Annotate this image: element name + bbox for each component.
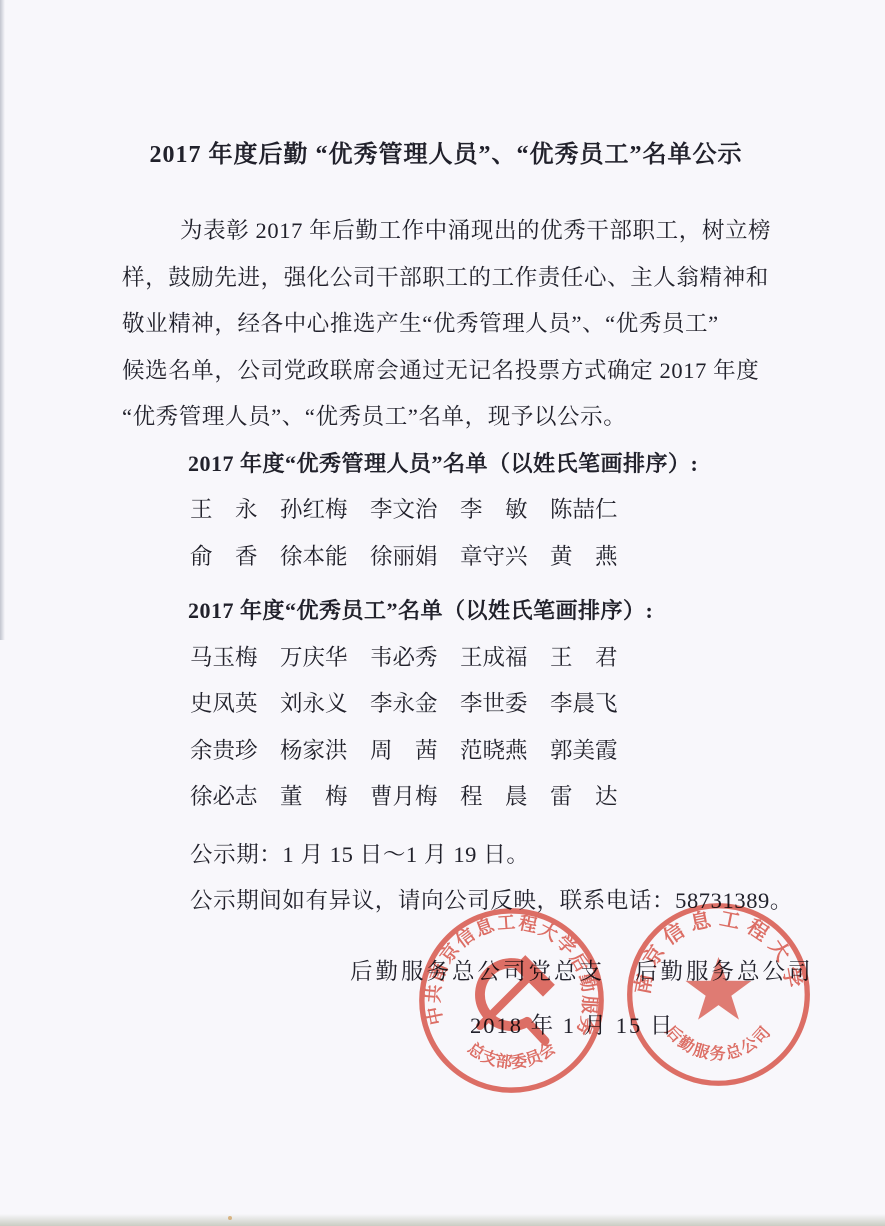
signature-line: 后勤服务总公司党总支后勤服务总公司 [122,955,770,989]
employees-row-4: 徐必志 董 梅 曹月梅 程 晨 雷 达 [122,774,770,821]
scan-speck [228,1216,232,1220]
signature-date: 2018 年 1 月 15 日 [122,1009,770,1043]
employees-row-3: 余贵珍 杨家洪 周 茜 范晓燕 郭美霞 [122,728,770,775]
document-title: 2017 年度后勤 “优秀管理人员”、“优秀员工”名单公示 [122,140,770,170]
managers-heading: 2017 年度“优秀管理人员”名单（以姓氏笔画排序）: [122,441,770,488]
managers-row-2: 俞 香 徐本能 徐丽娟 章守兴 黄 燕 [122,534,770,581]
person-name: 杨家洪 [280,728,350,775]
person-name: 李晨飞 [550,681,620,728]
intro-line-5: “优秀管理人员”、“优秀员工”名单，现予以公示。 [122,394,770,441]
person-name: 余贵珍 [190,728,260,775]
person-name: 曹月梅 [370,774,440,821]
person-name: 范晓燕 [460,728,530,775]
intro-line-3: 敬业精神，经各中心推选产生“优秀管理人员”、“优秀员工” [122,301,770,348]
person-name: 王 君 [550,635,620,682]
person-name: 王 永 [190,487,260,534]
person-name: 徐丽娟 [370,534,440,581]
employees-heading: 2017 年度“优秀员工”名单（以姓氏笔画排序）: [122,588,770,635]
managers-row-1: 王 永 孙红梅 李文治 李 敏 陈喆仁 [122,487,770,534]
person-name: 黄 燕 [550,534,620,581]
person-name: 俞 香 [190,534,260,581]
person-name: 陈喆仁 [550,487,620,534]
intro-line-1: 为表彰 2017 年后勤工作中涌现出的优秀干部职工，树立榜 [122,208,770,255]
stamp-bottom-text: 总支部委员会 [464,1038,559,1072]
person-name: 雷 达 [550,774,620,821]
person-name: 李文治 [370,487,440,534]
person-name: 李 敏 [460,487,530,534]
person-name: 周 茜 [370,728,440,775]
person-name: 李世委 [460,681,530,728]
person-name: 章守兴 [460,534,530,581]
person-name: 徐必志 [190,774,260,821]
intro-line-4: 候选名单，公司党政联席会通过无记名投票方式确定 2017 年度 [122,348,770,395]
notice-period-line: 公示期：1 月 15 日～1 月 19 日。 [122,832,770,879]
signature-org-company: 后勤服务总公司 [635,959,814,984]
scan-edge-bottom [0,1214,885,1226]
scanned-document-page: 2017 年度后勤 “优秀管理人员”、“优秀员工”名单公示 为表彰 2017 年… [0,0,885,1226]
person-name: 孙红梅 [280,487,350,534]
person-name: 郭美霞 [550,728,620,775]
person-name: 马玉梅 [190,635,260,682]
person-name: 徐本能 [280,534,350,581]
person-name: 程 晨 [460,774,530,821]
scan-edge-left [0,0,5,640]
person-name: 万庆华 [280,635,350,682]
employees-row-2: 史凤英 刘永义 李永金 李世委 李晨飞 [122,681,770,728]
signature-org-party: 后勤服务总公司党总支 [350,959,605,984]
employees-row-1: 马玉梅 万庆华 韦必秀 王成福 王 君 [122,635,770,682]
person-name: 史凤英 [190,681,260,728]
document-body: 2017 年度后勤 “优秀管理人员”、“优秀员工”名单公示 为表彰 2017 年… [122,140,770,1043]
person-name: 王成福 [460,635,530,682]
person-name: 刘永义 [280,681,350,728]
contact-line: 公示期间如有异议，请向公司反映，联系电话：58731389。 [122,878,770,925]
person-name: 李永金 [370,681,440,728]
person-name: 董 梅 [280,774,350,821]
intro-line-2: 样，鼓励先进，强化公司干部职工的工作责任心、主人翁精神和 [122,255,770,302]
person-name: 韦必秀 [370,635,440,682]
